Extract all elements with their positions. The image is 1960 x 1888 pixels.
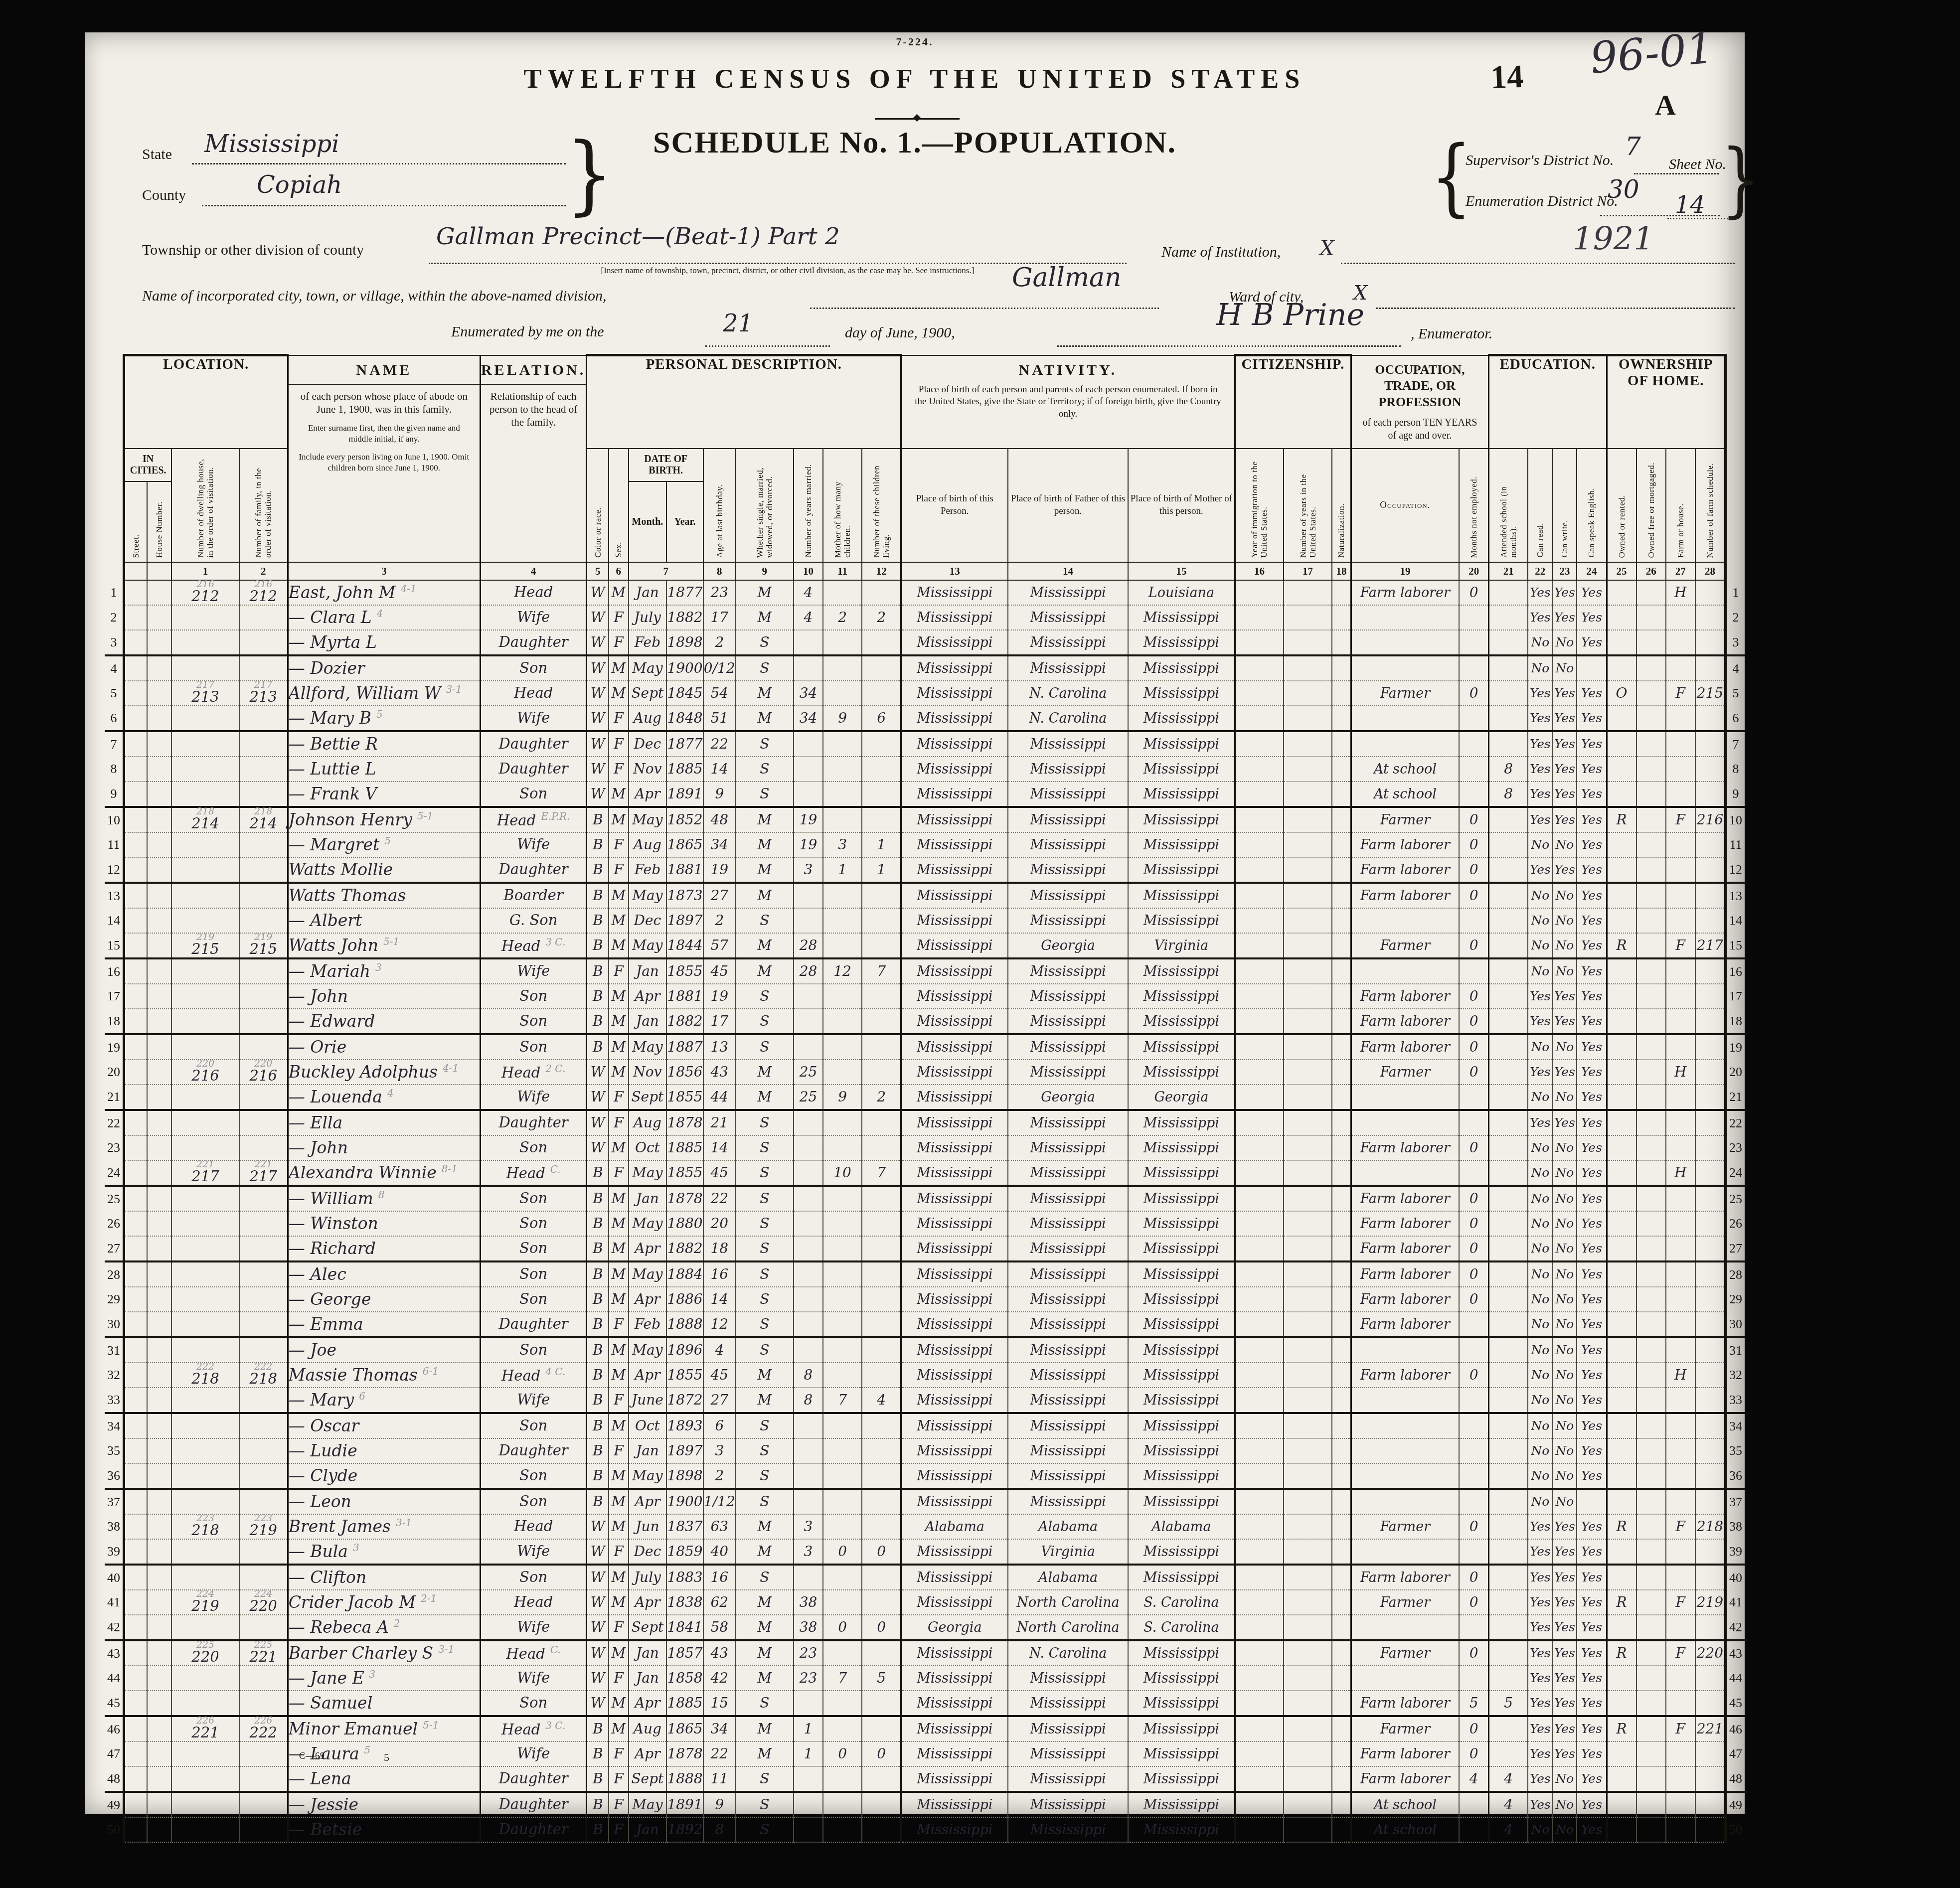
cell-pf: Mississippi xyxy=(1008,1312,1128,1337)
cell-im xyxy=(1235,605,1284,630)
cell-en: Yes xyxy=(1577,731,1607,757)
cell-mne: 0 xyxy=(1459,1009,1489,1034)
cell-fs xyxy=(1695,731,1726,757)
cell-sch xyxy=(1489,1565,1528,1590)
cell-yr: 1888 xyxy=(666,1312,703,1337)
header-mother-of: Mother of how many children. xyxy=(823,449,862,562)
cell-age: 48 xyxy=(703,807,736,832)
table-row: 35— LudieDaughterBFJan18973SMississippiM… xyxy=(105,1438,1745,1463)
cell-en: Yes xyxy=(1577,706,1607,731)
cell-fs xyxy=(1695,1413,1726,1438)
table-row: 22— EllaDaughterWFAug187821SMississippiM… xyxy=(105,1110,1745,1135)
cell-age: 12 xyxy=(703,1312,736,1337)
cell-pf: Mississippi xyxy=(1008,1337,1128,1363)
cell-nat xyxy=(1332,782,1351,807)
cell-pb: Mississippi xyxy=(901,1817,1008,1842)
cell-pm: Mississippi xyxy=(1128,1236,1235,1261)
header-color: Color or race. xyxy=(587,449,609,562)
cell-pf: Alabama xyxy=(1008,1565,1128,1590)
cell-c: W xyxy=(587,655,609,681)
cell-st xyxy=(124,1539,147,1565)
cell-own xyxy=(1607,1060,1636,1085)
header-location: LOCATION. xyxy=(124,355,288,449)
cell-st xyxy=(124,1716,147,1741)
cell-s: F xyxy=(609,706,628,731)
cell-wr: Yes xyxy=(1552,605,1577,630)
cell-dw: 221217 xyxy=(171,1160,239,1186)
cell-ym xyxy=(794,1236,823,1261)
header-children-living: Number of these children living. xyxy=(862,449,901,562)
cell-wr: No xyxy=(1552,655,1577,681)
cell-fam xyxy=(239,1388,288,1413)
cell-st xyxy=(124,1110,147,1135)
cell-own: O xyxy=(1607,681,1636,706)
cell-name: — Emma xyxy=(288,1312,480,1337)
cell-fam xyxy=(239,782,288,807)
cell-age: 27 xyxy=(703,883,736,908)
cell-ln: 13 xyxy=(105,883,124,908)
cell-mo: July xyxy=(629,605,667,630)
cell-cl xyxy=(862,757,901,782)
cell-en: Yes xyxy=(1577,1691,1607,1716)
cell-age: 16 xyxy=(703,1565,736,1590)
cell-yus xyxy=(1284,908,1332,933)
cell-mne xyxy=(1459,782,1489,807)
cell-wr: No xyxy=(1552,1186,1577,1211)
cell-free xyxy=(1636,1489,1666,1514)
cell-st xyxy=(124,1489,147,1514)
cell-dw xyxy=(171,1236,239,1261)
cell-im xyxy=(1235,1261,1284,1287)
cell-nat xyxy=(1332,1590,1351,1615)
cell-rd: Yes xyxy=(1528,580,1552,605)
cell-im xyxy=(1235,1438,1284,1463)
cell-wr: No xyxy=(1552,1413,1577,1438)
cell-c: B xyxy=(587,832,609,857)
cell-pf: Mississippi xyxy=(1008,1489,1128,1514)
cell-free xyxy=(1636,1236,1666,1261)
cell-rd: Yes xyxy=(1528,1539,1552,1565)
cell-fh: F xyxy=(1666,807,1695,832)
cell-st xyxy=(124,908,147,933)
cell-pb: Mississippi xyxy=(901,1539,1008,1565)
cell-en: Yes xyxy=(1577,933,1607,958)
cell-en: Yes xyxy=(1577,832,1607,857)
cell-m: M xyxy=(736,580,794,605)
cell-occ: At school xyxy=(1351,782,1459,807)
cell-name: — Samuel xyxy=(288,1691,480,1716)
cell-occ: Farmer xyxy=(1351,933,1459,958)
cell-im xyxy=(1235,807,1284,832)
cell-hn xyxy=(147,908,172,933)
cell-en: Yes xyxy=(1577,1766,1607,1792)
cell-fam: 219215 xyxy=(239,933,288,958)
cell-yr: 1855 xyxy=(666,1363,703,1388)
cell-free xyxy=(1636,1590,1666,1615)
township-value: Gallman Precinct—(Beat-1) Part 2 xyxy=(436,223,840,250)
cell-cl xyxy=(862,1312,901,1337)
cell-dw xyxy=(171,1792,239,1817)
cell-mc xyxy=(823,1817,862,1842)
cell-pm: Mississippi xyxy=(1128,1565,1235,1590)
cell-yr: 1856 xyxy=(666,1060,703,1085)
cell-rel: Son xyxy=(480,1186,586,1211)
table-row: 44— Jane E3WifeWFJan185842M2375Mississip… xyxy=(105,1666,1745,1691)
cell-ym xyxy=(794,1009,823,1034)
cell-fs xyxy=(1695,630,1726,655)
header-owned-rented: Owned or rented. xyxy=(1607,449,1636,562)
cell-en: Yes xyxy=(1577,1186,1607,1211)
cell-pb: Mississippi xyxy=(901,857,1008,883)
cell-rn: 6 xyxy=(1725,706,1745,731)
cell-s: M xyxy=(609,1590,628,1615)
cell-pf: Mississippi xyxy=(1008,1792,1128,1817)
cell-s: M xyxy=(609,1363,628,1388)
cell-hn xyxy=(147,832,172,857)
cell-yr: 1883 xyxy=(666,1565,703,1590)
cell-ln: 41 xyxy=(105,1590,124,1615)
cell-name: — Myrta L xyxy=(288,630,480,655)
cell-name: — Lena xyxy=(288,1766,480,1792)
cell-own xyxy=(1607,1312,1636,1337)
cell-fh xyxy=(1666,1085,1695,1110)
cell-pf: Mississippi xyxy=(1008,1261,1128,1287)
cell-m: M xyxy=(736,958,794,984)
sheet-letter: A xyxy=(1655,88,1676,122)
cell-s: F xyxy=(609,1615,628,1640)
cell-cl xyxy=(862,1590,901,1615)
cell-pf: Mississippi xyxy=(1008,1034,1128,1060)
cell-pm: Alabama xyxy=(1128,1514,1235,1539)
cell-ln: 30 xyxy=(105,1312,124,1337)
cell-age: 9 xyxy=(703,1792,736,1817)
cell-fh xyxy=(1666,630,1695,655)
cell-pm: Mississippi xyxy=(1128,1034,1235,1060)
cell-s: F xyxy=(609,1312,628,1337)
cell-mo: Apr xyxy=(629,984,667,1009)
cell-pm: Mississippi xyxy=(1128,1363,1235,1388)
cell-sch xyxy=(1489,1034,1528,1060)
cell-name: — Ludie xyxy=(288,1438,480,1463)
cell-age: 19 xyxy=(703,984,736,1009)
enumerated-prefix: Enumerated by me on the xyxy=(451,323,604,340)
cell-hn xyxy=(147,933,172,958)
cell-sch xyxy=(1489,984,1528,1009)
cell-cl: 4 xyxy=(862,1388,901,1413)
cell-mne: 5 xyxy=(1459,1691,1489,1716)
cell-pf: Mississippi xyxy=(1008,1413,1128,1438)
cell-wr: No xyxy=(1552,1337,1577,1363)
cell-ym: 28 xyxy=(794,933,823,958)
cell-rel: Wife xyxy=(480,958,586,984)
cell-pf: Georgia xyxy=(1008,1085,1128,1110)
cell-rel: Head3 C. xyxy=(480,933,586,958)
cell-fh xyxy=(1666,1312,1695,1337)
cell-ym: 34 xyxy=(794,706,823,731)
cell-mo: Jun xyxy=(629,1514,667,1539)
cell-c: W xyxy=(587,1615,609,1640)
cell-name: Crider Jacob M2-1 xyxy=(288,1590,480,1615)
cell-wr: No xyxy=(1552,1261,1577,1287)
cell-mc xyxy=(823,1438,862,1463)
cell-sch xyxy=(1489,1211,1528,1236)
cell-yr: 1891 xyxy=(666,1792,703,1817)
header-can-write: Can write. xyxy=(1552,449,1577,562)
cell-mne xyxy=(1459,1312,1489,1337)
cell-free xyxy=(1636,731,1666,757)
cell-en: Yes xyxy=(1577,883,1607,908)
header-date-of-birth: DATE OF BIRTH. xyxy=(629,449,703,481)
cell-mne: 0 xyxy=(1459,580,1489,605)
cell-cl: 2 xyxy=(862,605,901,630)
cell-pm: Mississippi xyxy=(1128,731,1235,757)
cell-dw: 226221 xyxy=(171,1716,239,1741)
cell-st xyxy=(124,1160,147,1186)
cell-mne: 0 xyxy=(1459,984,1489,1009)
cell-pb: Mississippi xyxy=(901,908,1008,933)
cell-mc xyxy=(823,1060,862,1085)
cell-yr: 1882 xyxy=(666,1009,703,1034)
cell-ym: 3 xyxy=(794,857,823,883)
cell-cl xyxy=(862,1463,901,1489)
cell-mo: Jan xyxy=(629,1640,667,1666)
cell-nat xyxy=(1332,1236,1351,1261)
cell-ym xyxy=(794,1135,823,1160)
cell-en: Yes xyxy=(1577,1363,1607,1388)
cell-fh xyxy=(1666,1413,1695,1438)
cell-sch xyxy=(1489,1287,1528,1312)
cell-hn xyxy=(147,782,172,807)
cell-ym: 3 xyxy=(794,1514,823,1539)
cell-cl xyxy=(862,1009,901,1034)
cell-mo: Dec xyxy=(629,908,667,933)
cell-ln: 6 xyxy=(105,706,124,731)
cell-yus xyxy=(1284,681,1332,706)
cell-s: M xyxy=(609,908,628,933)
cell-s: M xyxy=(609,1287,628,1312)
cell-hn xyxy=(147,1060,172,1085)
cell-fh xyxy=(1666,1287,1695,1312)
cell-sch xyxy=(1489,1463,1528,1489)
cell-mc: 0 xyxy=(823,1615,862,1640)
cell-nat xyxy=(1332,1615,1351,1640)
cell-mne xyxy=(1459,1438,1489,1463)
cell-en: Yes xyxy=(1577,1135,1607,1160)
cell-wr: No xyxy=(1552,832,1577,857)
cell-dw xyxy=(171,655,239,681)
cell-en: Yes xyxy=(1577,807,1607,832)
cell-yus xyxy=(1284,1413,1332,1438)
cell-mne: 0 xyxy=(1459,1590,1489,1615)
cell-mo: May xyxy=(629,807,667,832)
cell-own: R xyxy=(1607,1590,1636,1615)
header-occupation-group: OCCUPATION, TRADE, OR PROFESSION of each… xyxy=(1351,355,1489,449)
cell-c: W xyxy=(587,681,609,706)
supervisor-district-value: 7 xyxy=(1625,132,1641,161)
cell-free xyxy=(1636,1261,1666,1287)
cell-s: M xyxy=(609,984,628,1009)
header-in-cities: IN CITIES. xyxy=(124,449,171,481)
cell-mc xyxy=(823,630,862,655)
cell-c: B xyxy=(587,1211,609,1236)
cell-age: 11 xyxy=(703,1766,736,1792)
cell-mne: 4 xyxy=(1459,1766,1489,1792)
cell-pb: Mississippi xyxy=(901,1287,1008,1312)
cell-m: M xyxy=(736,807,794,832)
cell-age: 9 xyxy=(703,782,736,807)
cell-yr: 1865 xyxy=(666,832,703,857)
cell-name: — William8 xyxy=(288,1186,480,1211)
cell-dw: 224219 xyxy=(171,1590,239,1615)
cell-rel: Head xyxy=(480,1514,586,1539)
cell-pf: Mississippi xyxy=(1008,1817,1128,1842)
cell-im xyxy=(1235,1590,1284,1615)
cell-free xyxy=(1636,1312,1666,1337)
cell-mo: Nov xyxy=(629,757,667,782)
cell-mc xyxy=(823,1287,862,1312)
cell-ym xyxy=(794,984,823,1009)
cell-hn xyxy=(147,1741,172,1766)
cell-im xyxy=(1235,580,1284,605)
cell-ym xyxy=(794,757,823,782)
district-open-brace: { xyxy=(1431,127,1472,225)
cell-c: B xyxy=(587,1489,609,1514)
cell-im xyxy=(1235,1160,1284,1186)
cell-age: 22 xyxy=(703,1741,736,1766)
cell-mne xyxy=(1459,1666,1489,1691)
cell-pb: Mississippi xyxy=(901,580,1008,605)
cell-st xyxy=(124,1741,147,1766)
cell-fam xyxy=(239,1766,288,1792)
cell-nat xyxy=(1332,1160,1351,1186)
cell-rn: 9 xyxy=(1725,782,1745,807)
cell-m: S xyxy=(736,1489,794,1514)
cell-ym: 38 xyxy=(794,1615,823,1640)
cell-dw xyxy=(171,630,239,655)
cell-pm: S. Carolina xyxy=(1128,1615,1235,1640)
header-immigration: Year of immigration to the United States… xyxy=(1235,449,1284,562)
cell-c: B xyxy=(587,1261,609,1287)
cell-mne: 0 xyxy=(1459,1261,1489,1287)
cell-occ: Farm laborer xyxy=(1351,1135,1459,1160)
cell-mne: 0 xyxy=(1459,933,1489,958)
cell-nat xyxy=(1332,1463,1351,1489)
cell-pm: Mississippi xyxy=(1128,1792,1235,1817)
cell-wr: No xyxy=(1552,1817,1577,1842)
table-row: 21— Louenda4WifeWFSept185544M2592Mississ… xyxy=(105,1085,1745,1110)
cell-yus xyxy=(1284,1261,1332,1287)
cell-ym xyxy=(794,1489,823,1514)
county-value: Copiah xyxy=(257,171,342,199)
cell-im xyxy=(1235,908,1284,933)
cell-s: M xyxy=(609,1135,628,1160)
cell-fam xyxy=(239,832,288,857)
cell-sch xyxy=(1489,908,1528,933)
cell-pf: Alabama xyxy=(1008,1514,1128,1539)
cell-sch xyxy=(1489,1514,1528,1539)
cell-cl xyxy=(862,1766,901,1792)
cell-sch xyxy=(1489,1539,1528,1565)
cell-rd: Yes xyxy=(1528,1590,1552,1615)
cell-occ xyxy=(1351,1160,1459,1186)
cell-occ: Farm laborer xyxy=(1351,1741,1459,1766)
header-can-read: Can read. xyxy=(1528,449,1552,562)
cell-pm: Mississippi xyxy=(1128,1539,1235,1565)
cell-fam: 226222 xyxy=(239,1716,288,1741)
cell-ln: 49 xyxy=(105,1792,124,1817)
cell-dw xyxy=(171,1034,239,1060)
cell-m: M xyxy=(736,605,794,630)
cell-mc xyxy=(823,1640,862,1666)
cell-ln: 15 xyxy=(105,933,124,958)
cell-fam xyxy=(239,1211,288,1236)
cell-rn: 8 xyxy=(1725,757,1745,782)
cell-cl xyxy=(862,1565,901,1590)
cell-rn: 13 xyxy=(1725,883,1745,908)
cell-m: M xyxy=(736,681,794,706)
cell-pb: Mississippi xyxy=(901,1034,1008,1060)
cell-sch xyxy=(1489,681,1528,706)
cell-pb: Mississippi xyxy=(901,1337,1008,1363)
cell-rel: Wife xyxy=(480,706,586,731)
county-label: County xyxy=(142,187,186,204)
cell-yus xyxy=(1284,1085,1332,1110)
cell-pm: Mississippi xyxy=(1128,958,1235,984)
cell-yr: 1838 xyxy=(666,1590,703,1615)
cell-occ: At school xyxy=(1351,757,1459,782)
cell-rn: 12 xyxy=(1725,857,1745,883)
cell-ln: 14 xyxy=(105,908,124,933)
cell-occ: Farm laborer xyxy=(1351,857,1459,883)
cell-st xyxy=(124,1337,147,1363)
cell-sch: 8 xyxy=(1489,782,1528,807)
cell-age: 45 xyxy=(703,1160,736,1186)
state-line xyxy=(192,163,566,164)
cell-wr: Yes xyxy=(1552,1741,1577,1766)
cell-fs xyxy=(1695,1741,1726,1766)
cell-occ xyxy=(1351,655,1459,681)
cell-im xyxy=(1235,782,1284,807)
cell-wr: Yes xyxy=(1552,807,1577,832)
cell-occ xyxy=(1351,630,1459,655)
cell-pf: Mississippi xyxy=(1008,1186,1128,1211)
cell-ln: 2 xyxy=(105,605,124,630)
cell-mne xyxy=(1459,655,1489,681)
cell-occ xyxy=(1351,1539,1459,1565)
cell-s: F xyxy=(609,1817,628,1842)
cell-ym xyxy=(794,1110,823,1135)
cell-wr: No xyxy=(1552,1463,1577,1489)
cell-sch xyxy=(1489,1388,1528,1413)
cell-yr: 1886 xyxy=(666,1287,703,1312)
cell-ym xyxy=(794,1287,823,1312)
cell-fh xyxy=(1666,1438,1695,1463)
cell-mc xyxy=(823,1565,862,1590)
cell-mne: 0 xyxy=(1459,681,1489,706)
cell-occ: Farm laborer xyxy=(1351,1691,1459,1716)
cell-free xyxy=(1636,1463,1666,1489)
cell-own xyxy=(1607,1337,1636,1363)
cell-pf: Mississippi xyxy=(1008,1135,1128,1160)
cell-mo: Apr xyxy=(629,1691,667,1716)
cell-st xyxy=(124,1363,147,1388)
cell-dw xyxy=(171,1766,239,1792)
cell-occ: Farm laborer xyxy=(1351,1766,1459,1792)
cell-pf: N. Carolina xyxy=(1008,1640,1128,1666)
cell-pf: Mississippi xyxy=(1008,1666,1128,1691)
cell-im xyxy=(1235,1236,1284,1261)
cell-fh xyxy=(1666,1615,1695,1640)
